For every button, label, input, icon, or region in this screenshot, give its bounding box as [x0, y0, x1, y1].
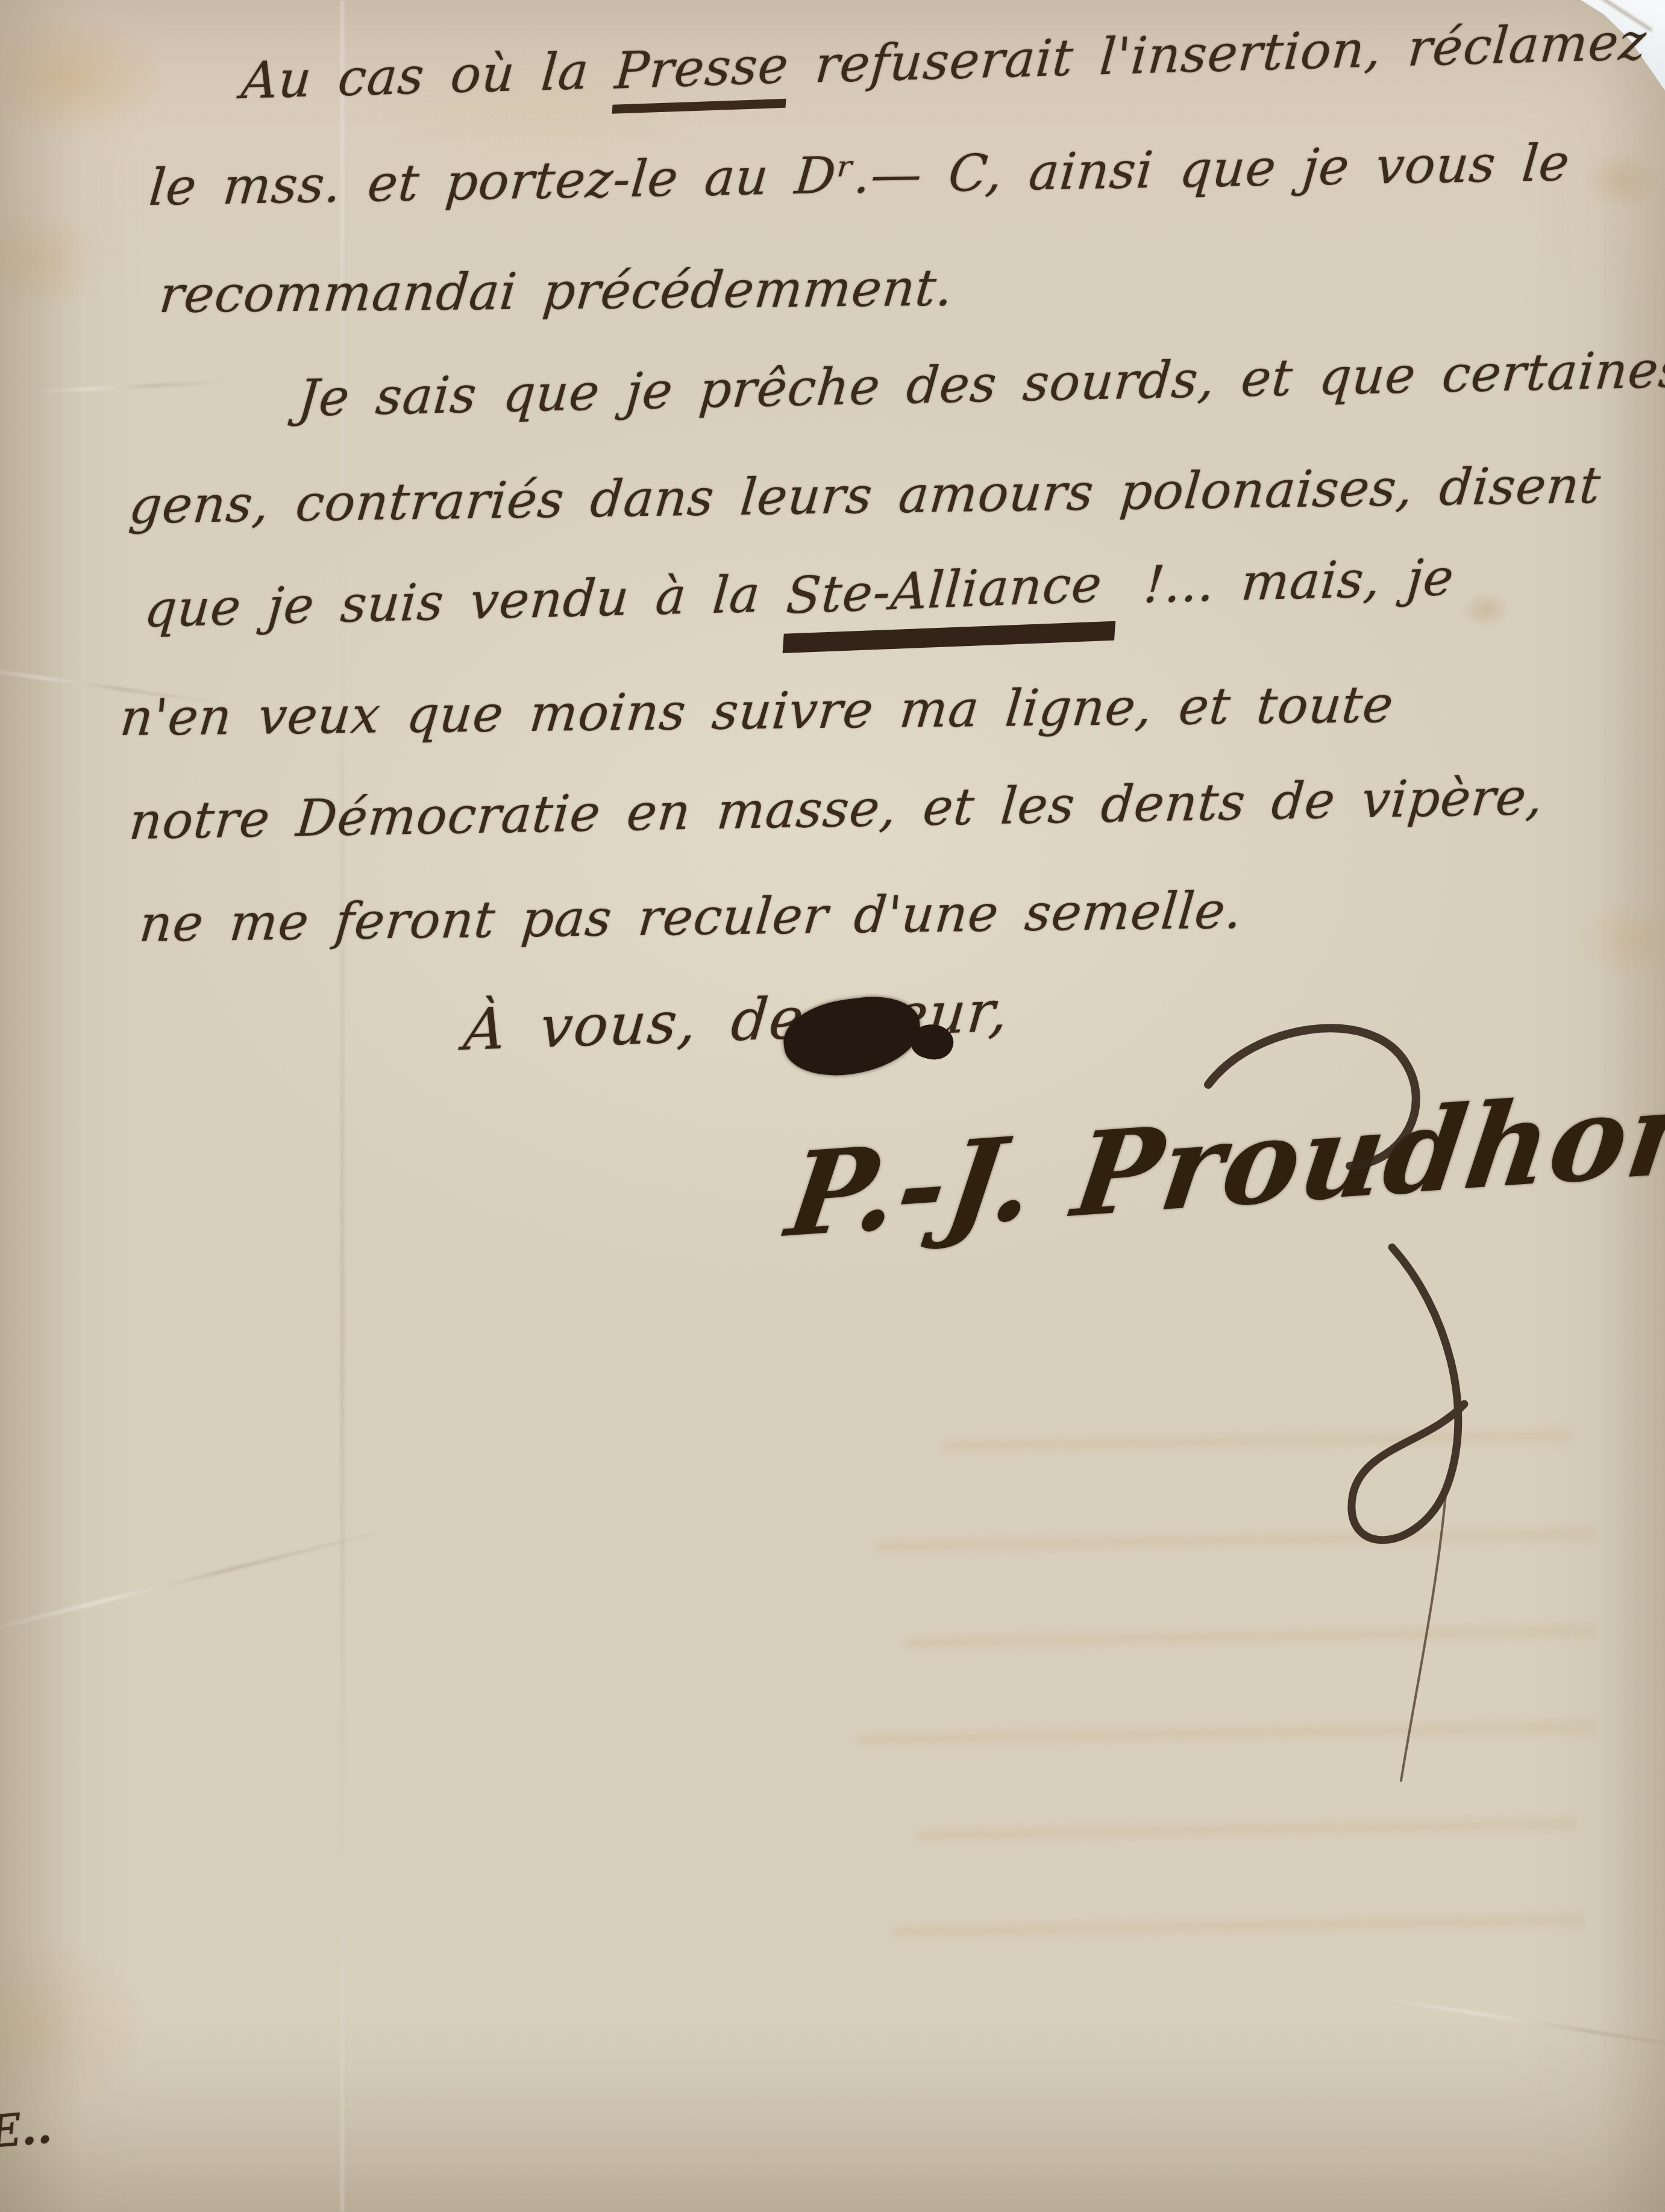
edge-ink-fragment: E..: [0, 2101, 54, 2158]
line-1-text: Au cas où la: [239, 41, 618, 111]
line-3-text: recommandai précédemment.: [157, 258, 956, 324]
underlined-word-presse: Presse: [612, 35, 791, 113]
vertical-fold-crease: [340, 0, 344, 2212]
line-6-text-end: !... mais, je: [1115, 548, 1456, 615]
underlined-word-ste-alliance: Ste-Alliance: [782, 554, 1120, 653]
letter-photo: Au cas où la Presse refuserait l'inserti…: [0, 0, 1665, 2212]
letter-line-3: recommandai précédemment.: [157, 258, 956, 324]
